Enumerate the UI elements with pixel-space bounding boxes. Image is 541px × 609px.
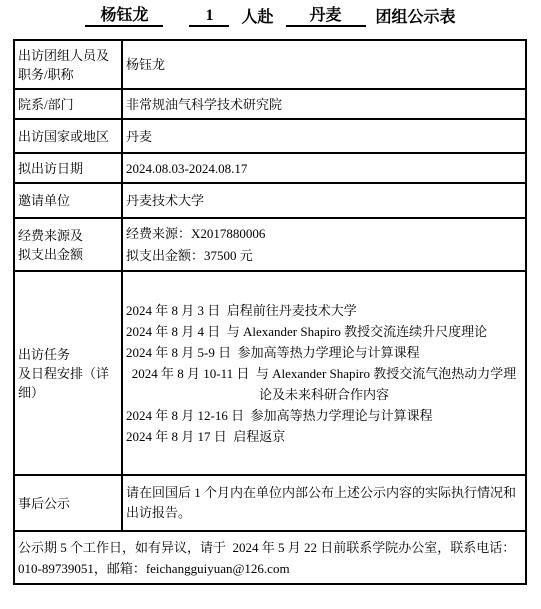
title-delegation-name-blank: 杨钰龙 — [85, 6, 163, 27]
footer-notice-text: 公示期 5 个工作日，如有异议，请于 2024 年 5 月 22 日前联系学院办… — [14, 531, 526, 584]
itinerary-label: 出访任务 及日程安排（详细） — [14, 271, 122, 475]
personnel-label-line2: 职务/职称 — [18, 65, 118, 84]
document-page: 杨钰龙 1 人赴 丹麦 团组公示表 出访团组人员及 职务/职称 杨钰龙 院系/部… — [0, 0, 541, 609]
funding-label: 经费来源及 拟支出金额 — [14, 218, 122, 271]
personnel-value: 杨钰龙 — [122, 40, 526, 89]
personnel-label: 出访团组人员及 职务/职称 — [14, 40, 122, 89]
table-row-department: 院系/部门 非常规油气科学技术研究院 — [14, 89, 526, 119]
funding-amount-line: 拟支出金额：37500 元 — [126, 245, 522, 267]
table-row-post-disclosure: 事后公示 请在回国后 1 个月内在单位内部公布上述公示内容的实际执行情况和出访报… — [14, 475, 526, 531]
dates-label: 拟出访日期 — [14, 153, 122, 183]
disclosure-table: 出访团组人员及 职务/职称 杨钰龙 院系/部门 非常规油气科学技术研究院 出访国… — [13, 39, 527, 585]
itinerary-label-line2: 及日程安排（详细） — [18, 364, 118, 402]
post-disclosure-label: 事后公示 — [14, 475, 122, 531]
table-row-country: 出访国家或地区 丹麦 — [14, 119, 526, 153]
funding-value: 经费来源：X2017880006 拟支出金额：37500 元 — [122, 218, 526, 271]
itinerary-line: 2024 年 8 月 17 日 启程返京 — [126, 426, 522, 447]
itinerary-label-line1: 出访任务 — [18, 345, 118, 364]
itinerary-line: 2024 年 8 月 4 日 与 Alexander Shapiro 教授交流连… — [126, 321, 522, 342]
table-row-dates: 拟出访日期 2024.08.03-2024.08.17 — [14, 153, 526, 183]
title-destination-blank: 丹麦 — [286, 6, 366, 27]
table-row-funding: 经费来源及 拟支出金额 经费来源：X2017880006 拟支出金额：37500… — [14, 218, 526, 271]
itinerary-line: 2024 年 8 月 3 日 启程前往丹麦技术大学 — [126, 300, 522, 321]
post-disclosure-value: 请在回国后 1 个月内在单位内部公布上述公示内容的实际执行情况和出访报告。 — [122, 475, 526, 531]
itinerary-value: 2024 年 8 月 3 日 启程前往丹麦技术大学 2024 年 8 月 4 日… — [122, 271, 526, 475]
funding-label-line2: 拟支出金额 — [18, 245, 118, 264]
itinerary-line: 2024 年 8 月 5-9 日 参加高等热力学理论与计算课程 — [126, 342, 522, 363]
department-value: 非常规油气科学技术研究院 — [122, 89, 526, 119]
title-people-go-label: 人赴 — [241, 8, 273, 27]
country-value: 丹麦 — [122, 119, 526, 153]
table-row-personnel: 出访团组人员及 职务/职称 杨钰龙 — [14, 40, 526, 89]
country-label: 出访国家或地区 — [14, 119, 122, 153]
title-person-count-blank: 1 — [189, 6, 229, 27]
inviter-label: 邀请单位 — [14, 183, 122, 218]
itinerary-line: 2024 年 8 月 12-16 日 参加高等热力学理论与计算课程 — [126, 405, 522, 426]
title-form-name: 团组公示表 — [376, 8, 456, 27]
inviter-value: 丹麦技术大学 — [122, 183, 526, 218]
funding-source-line: 经费来源：X2017880006 — [126, 223, 522, 245]
dates-value: 2024.08.03-2024.08.17 — [122, 153, 526, 183]
personnel-label-line1: 出访团组人员及 — [18, 46, 118, 65]
table-row-itinerary: 出访任务 及日程安排（详细） 2024 年 8 月 3 日 启程前往丹麦技术大学… — [14, 271, 526, 475]
funding-label-line1: 经费来源及 — [18, 226, 118, 245]
table-row-footer-notice: 公示期 5 个工作日，如有异议，请于 2024 年 5 月 22 日前联系学院办… — [14, 531, 526, 584]
table-row-inviter: 邀请单位 丹麦技术大学 — [14, 183, 526, 218]
department-label: 院系/部门 — [14, 89, 122, 119]
document-title: 杨钰龙 1 人赴 丹麦 团组公示表 — [0, 6, 541, 27]
itinerary-line: 2024 年 8 月 10-11 日 与 Alexander Shapiro 教… — [126, 363, 522, 405]
